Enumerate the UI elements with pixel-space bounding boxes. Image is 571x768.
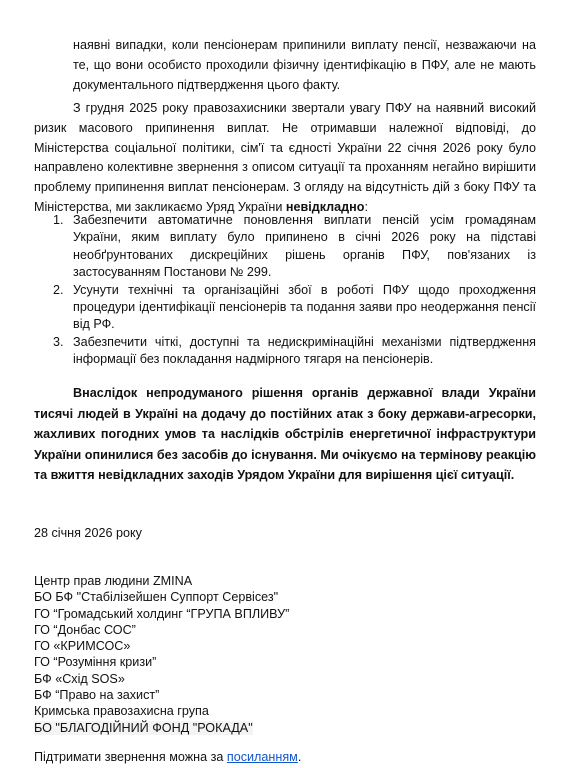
signatory: БФ «Схід SOS»	[34, 671, 289, 687]
conclusion-paragraph: Внаслідок непродуманого рішення органів …	[34, 383, 536, 486]
signatory: ГО “Громадський холдинг “ГРУПА ВПЛИВУ”	[34, 606, 289, 622]
demand-item: 2.Усунути технічні та організаційні збої…	[34, 282, 536, 334]
demand-item: 1.Забезпечити автоматичне поновлення вип…	[34, 212, 536, 282]
signatory: Кримська правозахисна група	[34, 703, 289, 719]
signatory: ГО “Розуміння кризи”	[34, 654, 289, 670]
demand-text: Забезпечити автоматичне поновлення випла…	[73, 213, 536, 279]
support-line: Підтримати звернення можна за посиланням…	[34, 748, 301, 766]
signatory-highlighted: БО "БЛАГОДІЙНИЙ ФОНД "РОКАДА"	[34, 720, 289, 736]
demand-text: Усунути технічні та організаційні збої в…	[73, 283, 536, 332]
document-date: 28 січня 2026 року	[34, 524, 142, 542]
signatory: ГО “Донбас СОС”	[34, 622, 289, 638]
signatory: ГО «КРИМСОС»	[34, 638, 289, 654]
demand-item: 3.Забезпечити чіткі, доступні та недискр…	[34, 334, 536, 369]
support-suffix: .	[298, 750, 302, 764]
signatory: БО БФ "Стабілізейшен Суппорт Сервісез"	[34, 589, 289, 605]
continuation-paragraph: наявні випадки, коли пенсіонерам припини…	[73, 36, 536, 95]
demand-number: 1.	[53, 212, 64, 229]
support-link[interactable]: посиланням	[227, 750, 298, 764]
demands-list: 1.Забезпечити автоматичне поновлення вип…	[34, 212, 536, 369]
signatory-text: БО "БЛАГОДІЙНИЙ ФОНД "РОКАДА"	[34, 721, 253, 735]
demand-text: Забезпечити чіткі, доступні та недискрим…	[73, 335, 536, 366]
demand-number: 3.	[53, 334, 64, 351]
signatory: Центр прав людини ZMINA	[34, 573, 289, 589]
signatory: БФ “Право на захист”	[34, 687, 289, 703]
signatories-list: Центр прав людини ZMINA БО БФ "Стабілізе…	[34, 573, 289, 736]
support-prefix: Підтримати звернення можна за	[34, 750, 227, 764]
appeal-paragraph: З грудня 2025 року правозахисники зверта…	[34, 99, 536, 218]
appeal-text: З грудня 2025 року правозахисники зверта…	[34, 101, 536, 214]
demand-number: 2.	[53, 282, 64, 299]
